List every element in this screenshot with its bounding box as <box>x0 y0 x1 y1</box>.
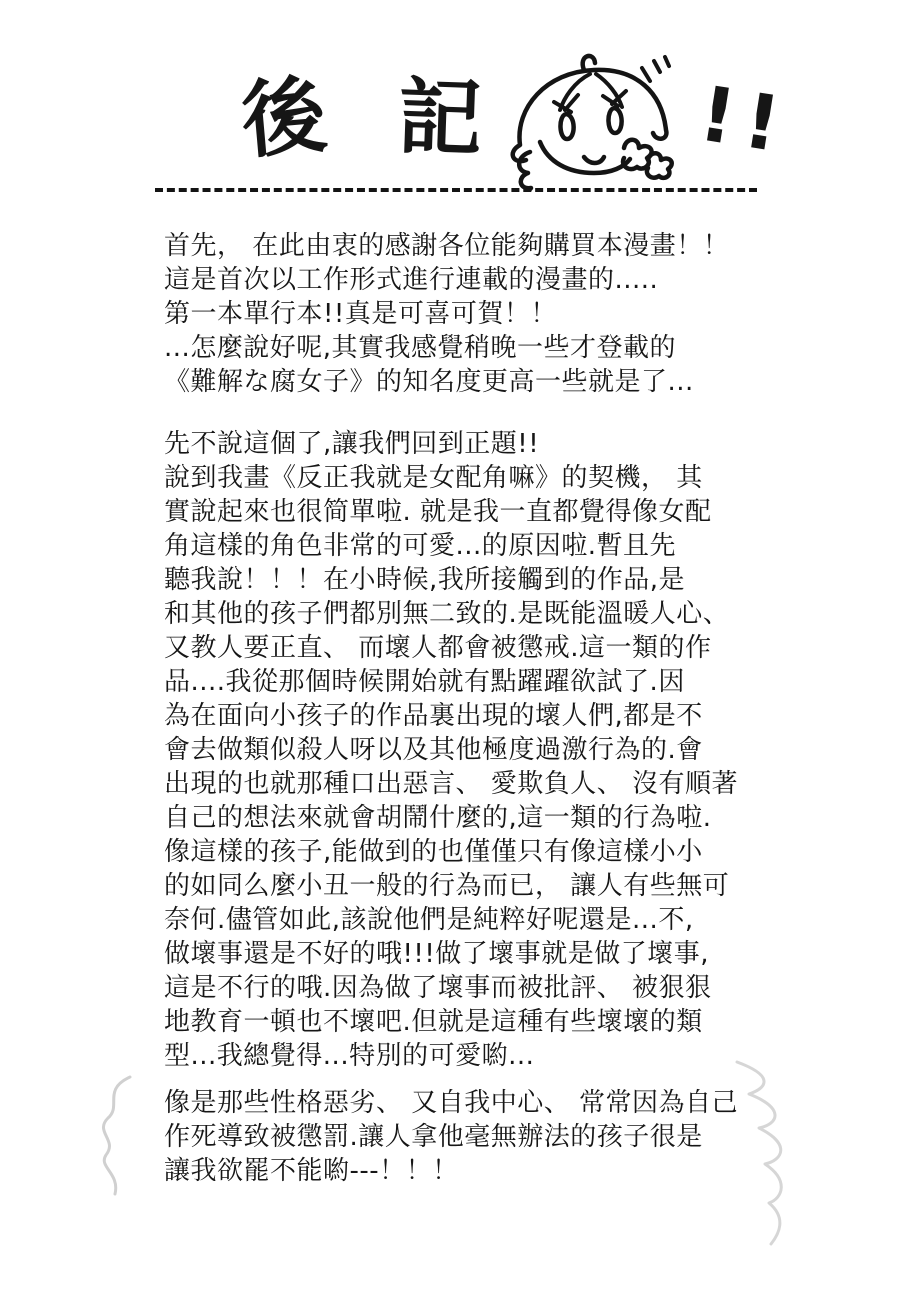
text-line: 會去做類似殺人呀以及其他極度過激行為的.會 <box>164 733 804 767</box>
text-line: 這是不行的哦.因為做了壞事而被批評、 被狠狠 <box>164 971 804 1005</box>
text-line: 出現的也就那種口出惡言、 愛欺負人、 沒有順著 <box>164 767 804 801</box>
text-line: 實說起來也很简單啦. 就是我一直都覺得像女配 <box>164 495 804 529</box>
paragraph-closing: 像是那些性格惡劣、 又自我中心、 常常因為自己 作死導致被懲罰.讓人拿他毫無辦法… <box>164 1086 804 1188</box>
text-line: 作死導致被懲罰.讓人拿他毫無辦法的孩子很是 <box>164 1120 804 1154</box>
text-line: 為在面向小孩子的作品裏出現的壞人們,都是不 <box>164 699 804 733</box>
text-line: 首先， 在此由衷的感謝各位能夠購買本漫畫！！ <box>164 229 804 263</box>
text-line: 型...我總覺得...特別的可愛喲... <box>164 1039 804 1073</box>
text-line: 又教人要正直、 而壞人都會被懲戒.這一類的作 <box>164 631 804 665</box>
text-line: 地教育一頓也不壞吧.但就是這種有些壞壞的類 <box>164 1005 804 1039</box>
text-line: 做壞事還是不好的哦!!!做了壞事就是做了壞事, <box>164 937 804 971</box>
text-line: 和其他的孩子們都別無二致的.是既能溫暖人心、 <box>164 597 804 631</box>
afterword-page: 後 記 !! 首先， 在此由衷的感謝各位能夠購買本漫畫！ <box>0 0 911 1296</box>
text-line: 《難解な腐女子》的知名度更高一些就是了... <box>164 365 804 399</box>
title-char-ji: 記 <box>397 75 484 162</box>
text-line: 角這樣的角色非常的可愛...的原因啦.暫且先 <box>164 529 804 563</box>
text-line: 像這樣的孩子,能做到的也僅僅只有像這樣小小 <box>164 835 804 869</box>
crying-chibi-face-icon <box>496 50 696 192</box>
text-line: 的如同么麼小丑一般的行為而已， 讓人有些無可 <box>164 869 804 903</box>
text-line: 第一本單行本!!真是可喜可賀！！ <box>164 297 804 331</box>
text-line: 這是首次以工作形式進行連載的漫畫的..... <box>164 263 804 297</box>
paragraph-thanks: 首先， 在此由衷的感謝各位能夠購買本漫畫！！ 這是首次以工作形式進行連載的漫畫的… <box>164 229 804 399</box>
text-line: 奈何.儘管如此,該說他們是純粹好呢還是...不, <box>164 903 804 937</box>
text-line: 先不說這個了,讓我們回到正題!! <box>164 427 804 461</box>
dashed-divider <box>155 188 757 192</box>
text-line: 說到我畫《反正我就是女配角嘛》的契機， 其 <box>164 461 804 495</box>
text-line: 像是那些性格惡劣、 又自我中心、 常常因為自己 <box>164 1086 804 1120</box>
text-line: 品....我從那個時候開始就有點躍躍欲試了.因 <box>164 665 804 699</box>
zigzag-flourish-icon <box>733 1048 868 1293</box>
title-char-hou: 後 <box>238 72 329 163</box>
text-line: 自己的想法來就會胡鬧什麼的,這一類的行為啦. <box>164 801 804 835</box>
text-line: ...怎麼說好呢,其實我感覺稍晚一些才登載的 <box>164 331 804 365</box>
wavy-brace-flourish-icon <box>90 1072 140 1207</box>
text-line: 讓我欲罷不能喲---！！！ <box>164 1154 804 1188</box>
title-exclamation: !! <box>695 75 795 164</box>
page-title: 後 記 <box>242 76 482 160</box>
paragraph-main: 先不說這個了,讓我們回到正題!! 說到我畫《反正我就是女配角嘛》的契機， 其 實… <box>164 427 804 1073</box>
text-line: 聽我說！！！在小時候,我所接觸到的作品,是 <box>164 563 804 597</box>
